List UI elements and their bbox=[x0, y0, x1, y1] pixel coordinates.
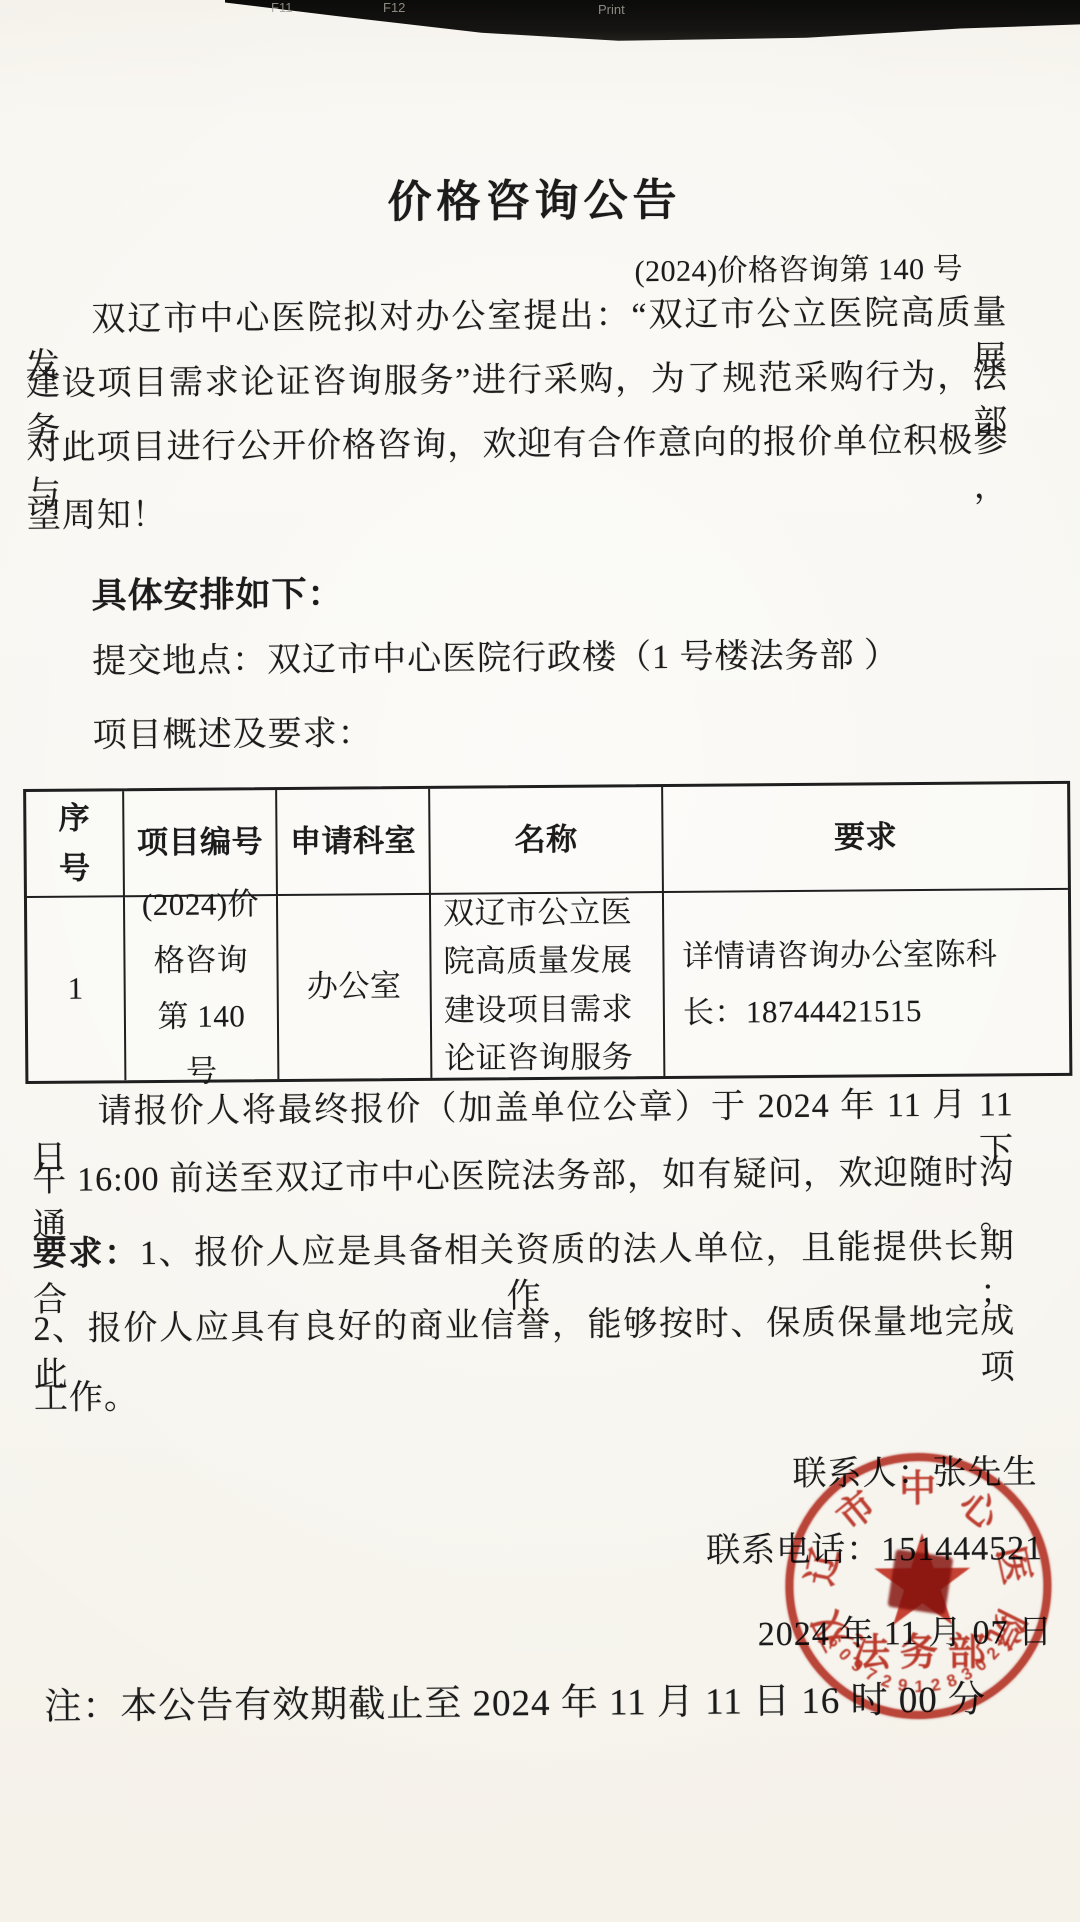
page-title: 价格咨询公告 bbox=[0, 161, 1075, 233]
schedule-heading: 具体安排如下： bbox=[91, 566, 991, 619]
table-header-requirement: 要求 bbox=[663, 784, 1068, 893]
table-cell-name: 双辽市公立医院高质量发展建设项目需求论证咨询服务 bbox=[431, 893, 665, 1078]
table-cell-requirement: 详情请咨询办公室陈科长：18744421515 bbox=[664, 890, 1069, 1076]
scanned-document-page: F11 F12 Print 价格咨询公告 (2024)价格咨询第 140 号 双… bbox=[0, 0, 1080, 1922]
requirement-label: 要求： bbox=[33, 1235, 140, 1273]
document-sheet: 价格咨询公告 (2024)价格咨询第 140 号 双辽市中心医院拟对办公室提出：… bbox=[0, 0, 1080, 1922]
table-cell-seq: 1 bbox=[27, 897, 126, 1081]
seal-overlap-stamp bbox=[887, 1549, 953, 1615]
table-header-seq: 序号 bbox=[26, 791, 125, 898]
doc-number: (2024)价格咨询第 140 号 bbox=[634, 244, 963, 291]
requirement-line-3: 工作。 bbox=[34, 1368, 1016, 1422]
submit-location-line: 提交地点：双辽市中心医院行政楼（1 号楼法务部 ） bbox=[92, 632, 1012, 685]
intro-line-4: 望周知！ bbox=[27, 486, 1009, 540]
table-cell-department: 办公室 bbox=[278, 895, 432, 1079]
table-header-department: 申请科室 bbox=[277, 789, 431, 896]
project-table: 序号 项目编号 申请科室 名称 要求 1 (2024)价格咨询第 140 号 办… bbox=[23, 781, 1072, 1084]
table-header-name: 名称 bbox=[430, 787, 664, 895]
table-cell-project-code: (2024)价格咨询第 140 号 bbox=[125, 896, 279, 1080]
official-seal: 双辽市中心医院 法务部 2203821927906 bbox=[784, 1452, 1052, 1720]
overview-heading: 项目概述及要求： bbox=[93, 706, 1013, 759]
